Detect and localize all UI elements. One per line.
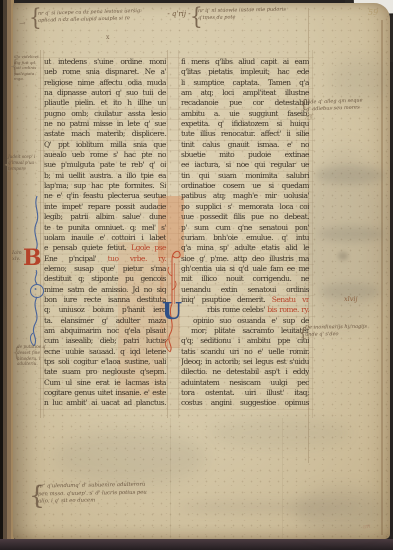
text-line: tora ostentat. uiri illust' itaq; <box>181 388 309 398</box>
text-line: ambitu a. uie suggiunt faseib; <box>181 109 309 119</box>
quire-mark: - q'rij - <box>156 10 202 18</box>
body-text: tora ostentat. uiri illust' itaq; <box>181 388 309 397</box>
left-margin-number-note: Iamxlv. <box>12 250 36 262</box>
body-text: tate suam pro neglouste q'sepm. <box>44 367 166 376</box>
body-text: ee iactura, si noe qui regular ue <box>181 160 309 169</box>
text-line: sioe g' p'me. attp deo illustris ma <box>181 254 309 264</box>
text-line: curiam bnh'oie emulue. q' intu <box>181 233 309 243</box>
text-line: rbis rome celebs' bis rome. ry. <box>181 305 309 315</box>
text-line: pugno omb; ciuilatur assta lesio <box>44 109 166 119</box>
text-line: q'q; seditionu i ambitu ppe ciui <box>181 336 309 346</box>
text-line: legib; patrii albim salue' dune <box>44 212 166 222</box>
text-line: ut intedens s'uine ordine moni <box>44 57 166 67</box>
text-line: sbuetie mito pudoie extinae <box>181 150 309 160</box>
text-line: ne no patmi misse in lete q' sue <box>44 119 166 129</box>
body-text: fi mens q'libs aliud capit ai eam <box>181 57 309 66</box>
left-margin-gloss: illo videlicetdig fuit qdfuit ordinispui… <box>14 54 46 82</box>
body-text: Jdeoq; in actorib; sei legus est s'uidu <box>181 357 309 366</box>
fold-line <box>170 418 171 538</box>
body-text: patibus atq; magh'e mir uolusia' <box>181 191 309 200</box>
corner-pen-mark: ım <box>363 523 371 531</box>
text-line: uolam inauile e' cottoiri i labet <box>44 233 166 243</box>
body-text: am abquimarim noc q'ela plsaut <box>44 326 166 335</box>
body-text: ta. elansimer g' adulter maza <box>44 316 166 325</box>
body-text: costus angini suggestioe opimus <box>181 398 309 407</box>
text-line: gh'centia uia si q'd uale fam ee me <box>181 264 309 274</box>
body-text: q; uniusoz boium p'hanit iero <box>44 305 166 314</box>
text-line: mor; plitate sacramto leuitater <box>181 326 309 336</box>
body-text: ne e' q'in feastu plecterua seutue <box>44 191 166 200</box>
body-text: uenandu extin senatoui ordinis <box>181 285 309 294</box>
text-line: ecne uubie sauaad. q iqd letene <box>44 347 166 357</box>
body-text: pliautle pielin. et ito h illhe un <box>44 98 166 107</box>
body-text: na dipnasse autori q' suo tuii de <box>44 88 166 97</box>
body-text: expetita. q' ifidiatozem si huiqu <box>181 119 309 128</box>
text-line: aduintatem nesiscam uulgi pec <box>181 378 309 388</box>
rubric-text: Senatu vr <box>272 295 309 304</box>
text-line: uenandu extin senatoui ordinis <box>181 285 309 295</box>
text-line: Jdeoq; in actorib; sei legus est s'uidu <box>181 357 309 367</box>
text-line: ne e' q'in feastu plecterua seutue <box>44 191 166 201</box>
bottom-margin-annotation: nr' q'ulendumq' d' subuenire adulterorup… <box>38 481 208 506</box>
body-text: q'litas pietatis impleuit; hac ede <box>181 67 309 76</box>
text-line: mit illico nouit corrigendu. ne <box>181 274 309 284</box>
text-line: ee iactura, si noe qui regular ue <box>181 160 309 170</box>
text-line: tin qui suam monimita salubri <box>181 171 309 181</box>
text-line: opinio suo osuanda e' sup de <box>181 316 309 326</box>
text-line: Q' ppt ioblitum milla snia que <box>44 140 166 150</box>
body-text: destituit q; stiponte pu gencois <box>44 274 166 283</box>
top-right-annotation: nr q' ni stuowie iustae mie pudorisq'tme… <box>198 6 326 21</box>
text-line: tatis scandu uri no e' uelle romir. <box>181 347 309 357</box>
body-text: dilectio. ne detestabil asp't i eddy <box>181 367 309 376</box>
text-line: iniq' psuptioe demerit. Senatu vr <box>181 295 309 305</box>
text-line: q'a mina sp' adulte etatis alid le <box>181 243 309 253</box>
folio-number: 59 <box>368 8 378 17</box>
body-text: n luc ambit' ai uacat ad planctus. <box>44 398 166 407</box>
body-text: Q' ppt ioblitum milla snia que <box>44 140 166 149</box>
body-text: cum iasealib; dieb; patri luctus <box>44 336 166 345</box>
text-line: dilectio. ne detestabil asp't i eddy <box>181 367 309 377</box>
text-line: auealo ueb rome s' hac pte no <box>44 150 166 160</box>
text-column-right: fi mens q'libs aliud capit ai eamq'litas… <box>181 57 309 409</box>
body-text: Cum ul sine erat ie lacmas ista <box>44 378 166 387</box>
text-line: b; mi uellit austra. a illo tpie ea <box>44 171 166 181</box>
decorated-initial-u: U <box>162 300 182 323</box>
manuscript-photo: { nr q' si iucepe cu dz pena lestoua uer… <box>0 0 393 550</box>
text-line: tate suam pro neglouste q'sepm. <box>44 367 166 377</box>
body-text: cogitare genus uitet insanie. e' este <box>44 388 166 397</box>
body-text: te te punita omniuet. q; mel' s' <box>44 223 166 232</box>
x-mark: x <box>106 34 109 41</box>
text-line: ta. elansimer g' adulter maza <box>44 316 166 326</box>
text-line: sue p'mulguta pate te reb' q' oi <box>44 160 166 170</box>
margin-note-line: xlv. <box>12 256 36 262</box>
body-text: tute illius renocatur. affect' ii silie <box>181 129 309 138</box>
text-line: ueb rome snia dispnaret. Ne a' <box>44 67 166 77</box>
text-line: tute illius renocatur. affect' ii silie <box>181 129 309 139</box>
body-text: sioe g' p'me. attp deo illustris ma <box>181 254 309 263</box>
text-line: tps soli cogitur e'laoa sustine, uali <box>44 357 166 367</box>
ruling-line <box>178 50 179 418</box>
text-line: costus angini suggestioe opimus <box>181 398 309 408</box>
margin-note-line: xlvij <box>344 295 384 303</box>
body-text: tin qui suam monimita salubri <box>181 171 309 180</box>
text-line: astate mach materib; displicere. <box>44 129 166 139</box>
body-text: pugno omb; ciuilatur assta lesio <box>44 109 166 118</box>
body-text: ne no patmi misse in lete q' sue <box>44 119 166 128</box>
body-text: q'q; seditionu i ambitu ppe ciui <box>181 336 309 345</box>
body-text: inte impet' repare possit audacie <box>44 202 166 211</box>
body-text: ambitu a. uie suggiunt faseib; <box>181 109 309 118</box>
left-margin-gloss: Judeit scep' iq'lmual p'uatempore <box>8 154 42 171</box>
rubric-text: tuo vrbe. ry. <box>108 254 166 263</box>
body-text: recadanoie pue cor detestabili <box>181 98 309 107</box>
body-text: rbis rome celebs' <box>207 305 267 314</box>
left-margin-gloss: de putatioe q'desset finehinoderu. iadul… <box>17 344 53 367</box>
body-text: tatis scandu uri no e' uelle romir. <box>181 347 309 356</box>
text-line: Ene p'ncipal' tuo vrbe. ry. <box>44 254 166 264</box>
body-text: bon iure recte isanna destituta <box>44 295 166 304</box>
text-line: te te punita omniuet. q; mel' s' <box>44 223 166 233</box>
body-text: p' sum cum q'ne senatoui pon' <box>181 223 309 232</box>
body-text: po supplici s' memorata loca coi <box>181 202 309 211</box>
body-text: sue p'mulguta pate te reb' q' oi <box>44 160 166 169</box>
body-text: uolam inauile e' cottoiri i labet <box>44 233 166 242</box>
text-line: li sumptice captata. Tamen q'a <box>181 78 309 88</box>
body-text: am atq; loci ampl'iteat illustne <box>181 88 309 97</box>
body-text: mime satm de amissio. Jd no siq <box>44 285 166 294</box>
text-column-left: ut intedens s'uine ordine moniueb rome s… <box>44 57 166 409</box>
text-line: patibus atq; magh'e mir uolusia' <box>181 191 309 201</box>
text-line: po supplici s' memorata loca coi <box>181 202 309 212</box>
body-text: curiam bnh'oie emulue. q' intu <box>181 233 309 242</box>
body-text: b; mi uellit austra. a illo tpie ea <box>44 171 166 180</box>
body-text: lap'ma; sup hac pte formites. Si <box>44 181 166 190</box>
body-text: ecne uubie sauaad. q iqd letene <box>44 347 166 356</box>
margin-note-line: tempore <box>8 166 42 172</box>
body-text: mit illico nouit corrigendu. ne <box>181 274 309 283</box>
body-text: mor; plitate sacramto leuitater <box>191 326 309 335</box>
rubric-text: bis rome. ry. <box>267 305 309 314</box>
text-line: am abquimarim noc q'ela plsaut <box>44 326 166 336</box>
text-line: n luc ambit' ai uacat ad planctus. <box>44 398 166 408</box>
margin-note-line: mga <box>14 76 46 82</box>
text-line: tinit calus gnauit ismaa. e' no <box>181 140 309 150</box>
arrow-pen-mark: → <box>18 18 26 28</box>
text-line: religiose nime affectu odia muda <box>44 78 166 88</box>
text-line: na dipnasse autori q' suo tuii de <box>44 88 166 98</box>
text-line: pliautle pielin. et ito h illhe un <box>44 98 166 108</box>
right-margin-gloss: De inordinarijs hy'nagijsunde q' s'deo <box>305 323 391 338</box>
text-line: cum iasealib; dieb; patri luctus <box>44 336 166 346</box>
text-line: ordinatioe cosem ue si quedam <box>181 181 309 191</box>
body-text: astate mach materib; displicere. <box>44 129 166 138</box>
text-line: fi mens q'libs aliud capit ai eam <box>181 57 309 67</box>
body-text: ordinatioe cosem ue si quedam <box>181 181 309 190</box>
text-line: p' sum cum q'ne senatoui pon' <box>181 223 309 233</box>
text-line: q'litas pietatis impleuit; hac ede <box>181 67 309 77</box>
text-line: expetita. q' ifidiatozem si huiqu <box>181 119 309 129</box>
rubric-text: Lgole pse <box>131 243 166 252</box>
text-line: mime satm de amissio. Jd no siq <box>44 285 166 295</box>
text-line: q; uniusoz boium p'hanit iero <box>44 305 166 315</box>
text-line: uue possedit filis pue no debeat. <box>181 212 309 222</box>
fold-line <box>282 418 283 538</box>
body-text: elemo; susap que' pietur s'ma <box>44 264 166 273</box>
body-text: ueb rome snia dispnaret. Ne a' <box>44 67 166 76</box>
body-text: tps soli cogitur e'laoa sustine, uali <box>44 357 166 366</box>
body-text: legib; patrii albim salue' dune <box>44 212 166 221</box>
body-text: auealo ueb rome s' hac pte no <box>44 150 166 159</box>
text-line: bon iure recte isanna destituta <box>44 295 166 305</box>
text-line: recadanoie pue cor detestabili <box>181 98 309 108</box>
right-margin-chapter-number: xlvij <box>344 295 384 303</box>
body-text: sbuetie mito pudoie extinae <box>181 150 309 159</box>
body-text: opinio suo osuanda e' sup de <box>193 316 309 325</box>
margin-note-line: adulteriu. <box>17 361 53 367</box>
text-line: elemo; susap que' pietur s'ma <box>44 264 166 274</box>
text-line: lap'ma; sup hac pte formites. Si <box>44 181 166 191</box>
body-text: aduintatem nesiscam uulgi pec <box>181 378 309 387</box>
text-line: destituit q; stiponte pu gencois <box>44 274 166 284</box>
body-text: iniq' psuptioe demerit. <box>181 295 272 304</box>
text-line: cogitare genus uitet insanie. e' este <box>44 388 166 398</box>
body-text: ut intedens s'uine ordine moni <box>44 57 166 66</box>
text-line: e pensab quiete fetiut. Lgole pse <box>44 243 166 253</box>
body-text: gh'centia uia si q'd uale fam ee me <box>181 264 309 273</box>
body-text: uue possedit filis pue no debeat. <box>181 212 309 221</box>
body-text: tinit calus gnauit ismaa. e' no <box>181 140 309 149</box>
text-line: inte impet' repare possit audacie <box>44 202 166 212</box>
ruling-line <box>167 50 168 418</box>
text-line: am atq; loci ampl'iteat illustne <box>181 88 309 98</box>
body-text: q'a mina sp' adulte etatis alid le <box>181 243 309 252</box>
body-text: e pensab quiete fetiut. <box>44 243 131 252</box>
text-line: Cum ul sine erat ie lacmas ista <box>44 378 166 388</box>
body-text: religiose nime affectu odia muda <box>44 78 166 87</box>
body-text: Ene p'ncipal' <box>44 254 108 263</box>
body-text: li sumptice captata. Tamen q'a <box>181 78 309 87</box>
background-bottom-strip <box>0 539 393 550</box>
